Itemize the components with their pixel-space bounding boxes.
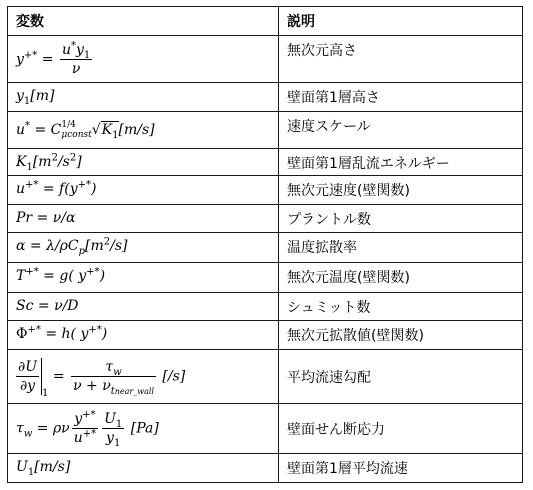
table-row: α = λ/ρCp[m2/s] 温度拡散率 — [8, 233, 523, 263]
table-row: y1[m] 壁面第1層高さ — [8, 83, 523, 112]
variable-cell: u* = C1/4μconst√K1[m/s] — [8, 112, 279, 149]
table-row: u+* = f(y+*) 無次元速度(壁関数) — [8, 176, 523, 205]
variable-cell: ∂U∂y1 = τwν + νtnear_wall [/s] — [8, 350, 279, 404]
table-row: y+* = u*y1ν 無次元高さ — [8, 36, 523, 83]
table-row: ∂U∂y1 = τwν + νtnear_wall [/s] 平均流速勾配 — [8, 350, 523, 404]
table-row: K1[m2/s2] 壁面第1層乱流エネルギー — [8, 149, 523, 176]
table-row: Φ+* = h( y+*) 無次元拡散値(壁関数) — [8, 321, 523, 350]
table-row: Pr = ν/α プラントル数 — [8, 205, 523, 233]
variable-cell: α = λ/ρCp[m2/s] — [8, 233, 279, 263]
variable-cell: K1[m2/s2] — [8, 149, 279, 176]
variable-cell: U1[m/s] — [8, 454, 279, 483]
description-cell: 無次元高さ — [279, 36, 523, 83]
description-cell: 無次元拡散値(壁関数) — [279, 321, 523, 350]
fraction: τwν + νtnear_wall — [71, 358, 156, 395]
description-cell: 壁面第1層平均流速 — [279, 454, 523, 483]
header-variable: 変数 — [8, 7, 279, 36]
variable-cell: u+* = f(y+*) — [8, 176, 279, 205]
header-row: 変数 説明 — [8, 7, 523, 36]
table-row: τw = ρνy+*u+*U1y1 [Pa] 壁面せん断応力 — [8, 404, 523, 454]
variable-cell: Φ+* = h( y+*) — [8, 321, 279, 350]
description-cell: 壁面第1層乱流エネルギー — [279, 149, 523, 176]
description-cell: 温度拡散率 — [279, 233, 523, 263]
variable-cell: T+* = g( y+*) — [8, 263, 279, 293]
description-cell: 平均流速勾配 — [279, 350, 523, 404]
description-cell: 壁面せん断応力 — [279, 404, 523, 454]
fraction: y+*u+* — [72, 410, 98, 447]
description-cell: 速度スケール — [279, 112, 523, 149]
table-row: T+* = g( y+*) 無次元温度(壁関数) — [8, 263, 523, 293]
variable-cell: τw = ρνy+*u+*U1y1 [Pa] — [8, 404, 279, 454]
description-cell: 無次元速度(壁関数) — [279, 176, 523, 205]
description-cell: シュミット数 — [279, 293, 523, 321]
variable-cell: Sc = ν/D — [8, 293, 279, 321]
variable-cell: y1[m] — [8, 83, 279, 112]
header-description: 説明 — [279, 7, 523, 36]
table-row: u* = C1/4μconst√K1[m/s] 速度スケール — [8, 112, 523, 149]
description-cell: 無次元温度(壁関数) — [279, 263, 523, 293]
fraction: U1y1 — [102, 410, 124, 447]
variables-table: 変数 説明 y+* = u*y1ν 無次元高さ y1[m] 壁面第1層高さ u*… — [7, 6, 523, 483]
variable-cell: Pr = ν/α — [8, 205, 279, 233]
description-cell: プラントル数 — [279, 205, 523, 233]
table-row: U1[m/s] 壁面第1層平均流速 — [8, 454, 523, 483]
variable-cell: y+* = u*y1ν — [8, 36, 279, 83]
description-cell: 壁面第1層高さ — [279, 83, 523, 112]
fraction: u*y1ν — [60, 41, 92, 78]
table-row: Sc = ν/D シュミット数 — [8, 293, 523, 321]
